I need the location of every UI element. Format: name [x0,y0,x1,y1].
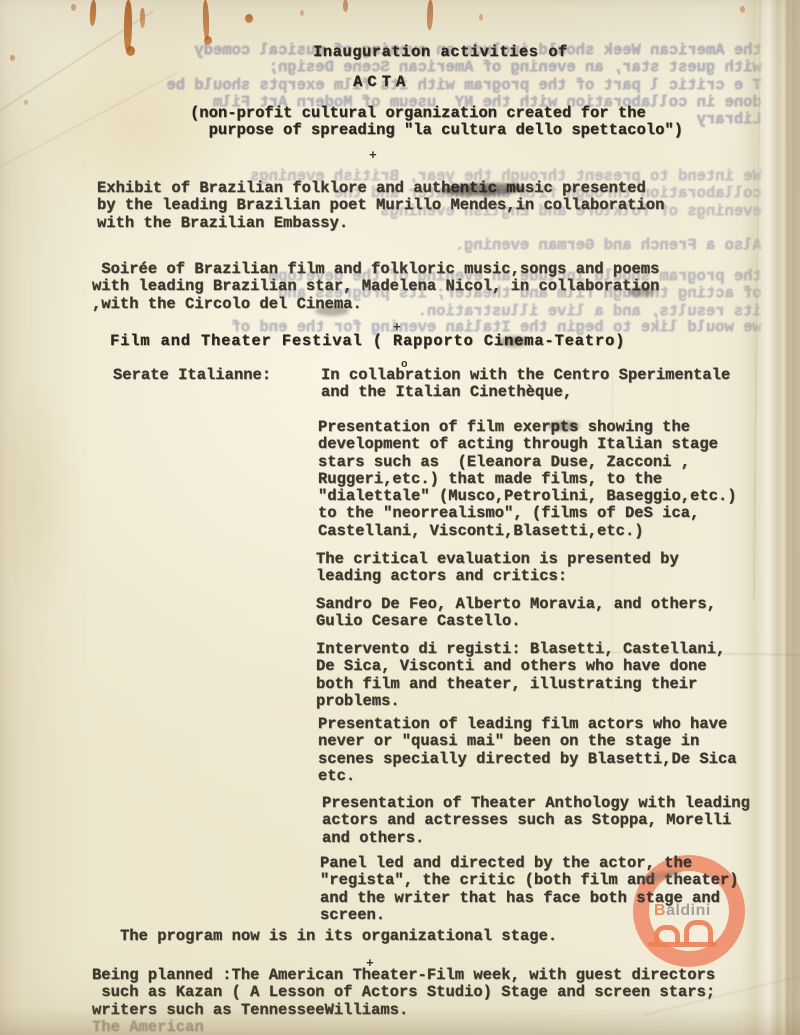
paragraph-soiree: Soirée of Brazilian film and folkloric m… [92,261,659,313]
bottom-edge-shadow [0,1007,800,1035]
ink-smudge [500,336,528,347]
document-title: Inauguration activities of [313,44,568,61]
stain-mark [71,4,76,11]
ink-smudge [628,287,654,297]
open-book-icon [648,942,717,947]
stain-mark [300,10,304,16]
stain-mark [126,46,135,56]
stain-mark [204,36,212,45]
serate-item: Sandro De Feo, Alberto Moravia, and othe… [316,596,716,631]
serate-item: The critical evaluation is presented by … [316,551,679,586]
serate-item: Presentation of film exerpts showing the… [318,419,737,540]
document-page: the American Week should include an even… [0,0,800,1035]
stain-mark [426,0,433,30]
paragraph-exhibit: Exhibit of Brazilian folklore and authen… [97,180,664,232]
org-name: ACTA [353,74,410,91]
stain-mark [24,100,28,105]
serate-label: Serate Italianne: [113,367,271,384]
program-status-line: The program now is in its organizational… [120,928,557,945]
festival-heading: Film and Theater Festival ( Rapporto Cin… [110,333,625,350]
stain-mark [343,0,348,12]
ink-smudge [548,421,580,431]
right-edge-fold [742,0,800,1035]
serate-item: Panel led and directed by the actor, the… [320,855,739,924]
stain-mark [245,14,253,23]
serate-item: In collabration with the Centro Sperimen… [321,367,730,402]
ink-smudge [315,306,349,316]
serate-item: Presentation of Theater Anthology with l… [322,795,750,847]
crease-line [612,370,613,700]
paper-blotch [0,330,100,660]
bleedthrough-text: Also a French and German evening. [30,237,762,254]
document-subtitle: (non-profit cultural organization create… [190,105,683,140]
stain-mark [479,14,483,21]
stain-mark [10,55,15,61]
typed-plus-mark: + [369,148,377,163]
serate-item: Presentation of leading film actors who … [318,716,737,785]
crease-line [786,0,789,1035]
